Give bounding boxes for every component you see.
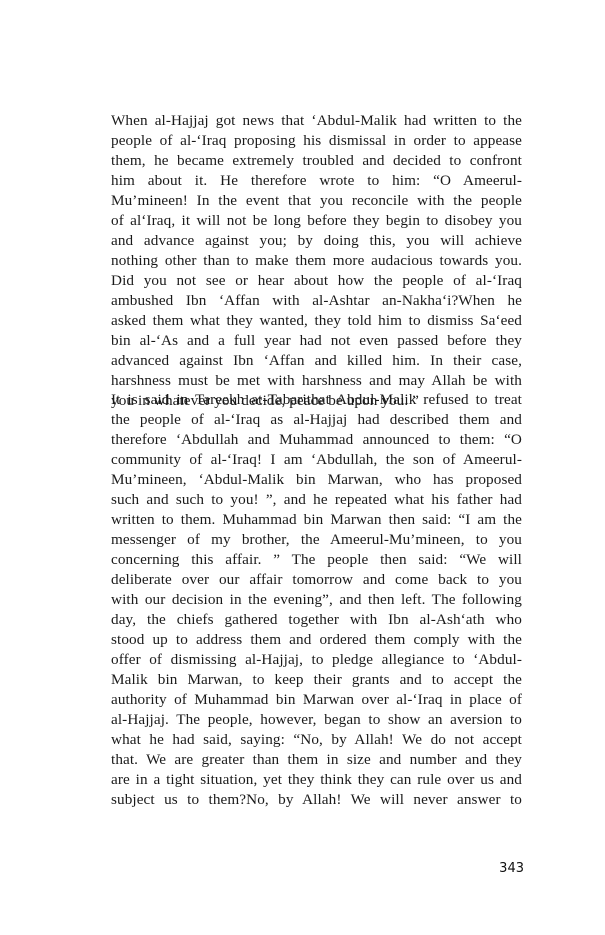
text-line: Did you not see or hear about how the pe… — [111, 271, 522, 291]
text-line: Mu’mineen, ‘Abdul-Malik bin Marwan, who … — [111, 470, 522, 490]
text-line: the people of al-‘Iraq as al-Hajjaj had … — [111, 410, 522, 430]
text-line: offer of dismissing al-Hajjaj, to pledge… — [111, 650, 522, 670]
text-line: Malik bin Marwan, to keep their grants a… — [111, 670, 522, 690]
text-line: them, he became extremely troubled and d… — [111, 151, 522, 171]
text-line: day, the chiefs gathered together with I… — [111, 610, 522, 630]
text-line: such and such to you! ”, and he repeated… — [111, 490, 522, 510]
text-line: messenger of my brother, the Ameerul-Mu’… — [111, 530, 522, 550]
text-line: subject us to them?No, by Allah! We will… — [111, 790, 522, 810]
text-line: that. We are greater than them in size a… — [111, 750, 522, 770]
text-line: harshness must be met with harshness and… — [111, 371, 522, 391]
text-line: therefore ‘Abdullah and Muhammad announc… — [111, 430, 522, 450]
text-line: advanced against Ibn ‘Affan and killed h… — [111, 351, 522, 371]
text-line: people of al-‘Iraq proposing his dismiss… — [111, 131, 522, 151]
text-line: and advance against you; by doing this, … — [111, 231, 522, 251]
paragraph-2: It is said in Tareekh at-Tabarithat Abdu… — [111, 390, 522, 810]
paragraph-1: When al-Hajjaj got news that ‘Abdul-Mali… — [111, 111, 522, 411]
text-line: concerning this affair. ” The people the… — [111, 550, 522, 570]
text-line: with our decision in the evening”, and t… — [111, 590, 522, 610]
text-line: community of al-‘Iraq! I am ‘Abdullah, t… — [111, 450, 522, 470]
text-line: ambushed Ibn ‘Affan with al-Ashtar an-Na… — [111, 291, 522, 311]
page-number: 343 — [494, 861, 524, 876]
text-line: It is said in Tareekh at-Tabarithat Abdu… — [111, 390, 522, 410]
document-page: When al-Hajjaj got news that ‘Abdul-Mali… — [0, 0, 605, 935]
text-line: Mu’mineen! In the event that you reconci… — [111, 191, 522, 211]
text-line: stood up to address them and ordered the… — [111, 630, 522, 650]
text-line: of al‘Iraq, it will not be long before t… — [111, 211, 522, 231]
text-line: deliberate over our affair tomorrow and … — [111, 570, 522, 590]
text-line: are in a tight situation, yet they think… — [111, 770, 522, 790]
text-line: him about it. He therefore wrote to him:… — [111, 171, 522, 191]
text-line: asked them what they wanted, they told h… — [111, 311, 522, 331]
text-line: what he had said, saying: “No, by Allah!… — [111, 730, 522, 750]
text-line: bin al-‘As and a full year had not even … — [111, 331, 522, 351]
text-line: authority of Muhammad bin Marwan over al… — [111, 690, 522, 710]
text-line: When al-Hajjaj got news that ‘Abdul-Mali… — [111, 111, 522, 131]
text-line: nothing other than to make them more aud… — [111, 251, 522, 271]
text-line: written to them. Muhammad bin Marwan the… — [111, 510, 522, 530]
text-line: al-Hajjaj. The people, however, began to… — [111, 710, 522, 730]
